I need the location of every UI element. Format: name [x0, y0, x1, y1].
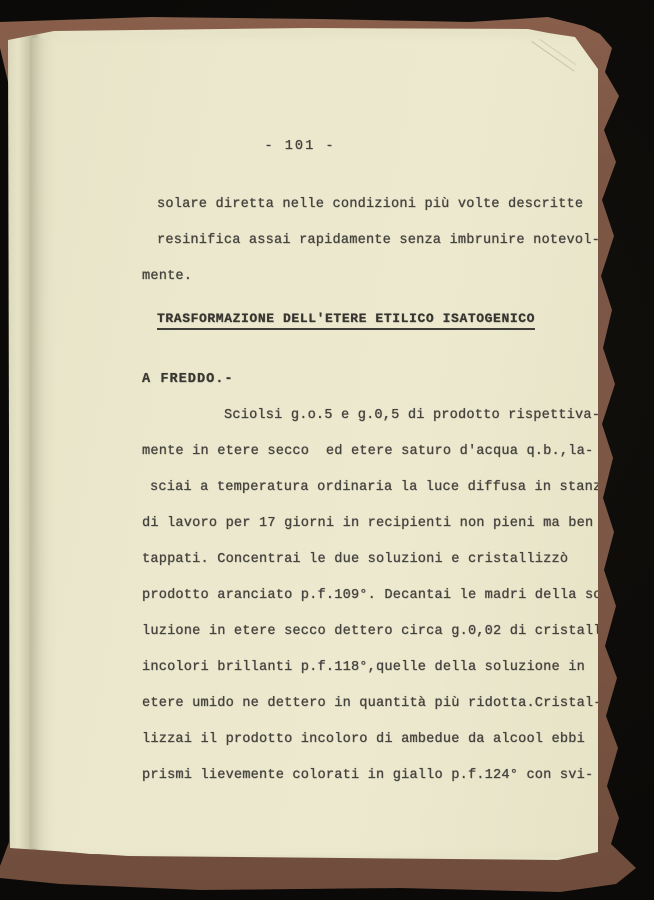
text-line: di lavoro per 17 giorni in recipienti no… — [30, 506, 598, 542]
scan-photo: - 101 -solare diretta nelle condizioni p… — [0, 0, 654, 900]
text-line: lizzai il prodotto incoloro di ambedue d… — [30, 722, 598, 758]
text-line: etere umido ne dettero in quantità più r… — [30, 686, 598, 722]
section-heading: TRASFORMAZIONE DELL'ETERE ETILICO ISATOG… — [30, 301, 598, 337]
typewritten-text-block: - 101 -solare diretta nelle condizioni p… — [30, 33, 598, 794]
text-line: Sciolsi g.o.5 e g.0,5 di prodotto rispet… — [30, 398, 598, 434]
text-line: luzione in etere secco dettero circa g.0… — [30, 614, 598, 650]
text-line: mente. — [30, 259, 598, 295]
subsection-label: A FREDDO.- — [30, 362, 598, 398]
text-line: solare diretta nelle condizioni più volt… — [30, 187, 598, 223]
text-line: prodotto aranciato p.f.109°. Decantai le… — [30, 578, 598, 614]
text-line: incolori brillanti p.f.118°,quelle della… — [30, 650, 598, 686]
text-line: tappati. Concentrai le due soluzioni e c… — [30, 542, 598, 578]
text-line: resinifica assai rapidamente senza imbru… — [30, 223, 598, 259]
heading-underline: TRASFORMAZIONE DELL'ETERE ETILICO ISATOG… — [157, 311, 535, 330]
text-line: sciai a temperatura ordinaria la luce di… — [30, 470, 598, 506]
text-line: prismi lievemente colorati in giallo p.f… — [30, 758, 598, 794]
page-number: - 101 - — [30, 129, 598, 165]
text-line: mente in etere secco ed etere saturo d'a… — [30, 434, 598, 470]
document-page: - 101 -solare diretta nelle condizioni p… — [30, 33, 598, 859]
